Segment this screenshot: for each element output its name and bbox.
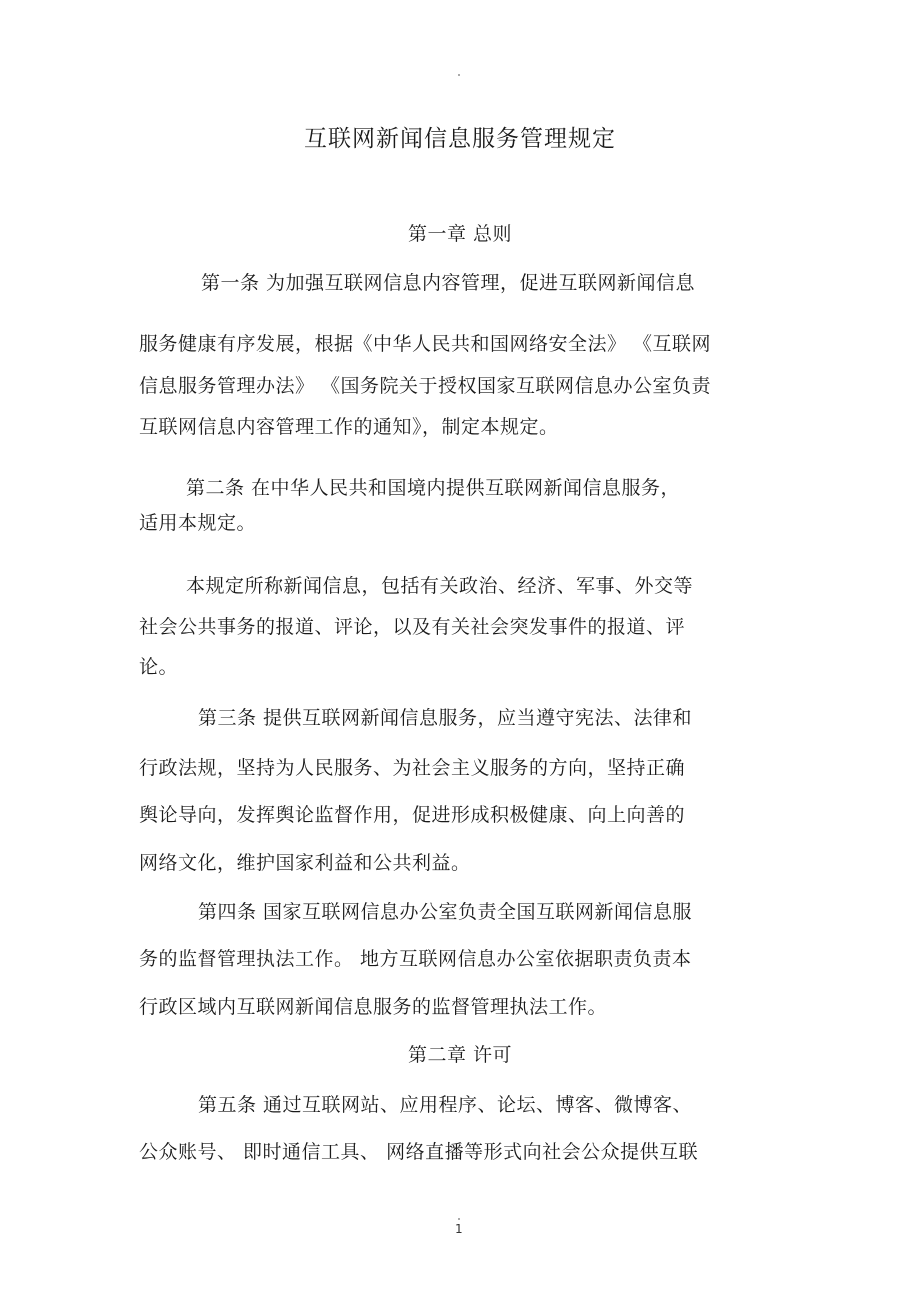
page-number: 1 [455,1222,463,1236]
paragraph-line: 网络文化，维护国家利益和公共利益。 [139,851,471,875]
paragraph-line: 社会公共事务的报道、评论，以及有关社会突发事件的报道、评 [139,615,685,639]
paragraph-line: 第四条 国家互联网信息办公室负责全国互联网新闻信息服 [198,900,692,924]
paragraph-line: 第二条 在中华人民共和国境内提供互联网新闻信息服务， [186,476,680,500]
paragraph-line: 第五条 通过互联网站、应用程序、论坛、博客、微博客、 [198,1093,692,1117]
paragraph-line: 行政法规，坚持为人民服务、为社会主义服务的方向，坚持正确 [139,756,685,780]
page-marker-dot [458,74,460,76]
paragraph-line: 互联网信息内容管理工作的通知》，制定本规定。 [139,415,559,439]
paragraph-line: 论。 [139,655,178,679]
document-page: 互联网新闻信息服务管理规定 第一章 总则 第一条 为加强互联网信息内容管理，促进… [0,0,920,1303]
paragraph-line: 本规定所称新闻信息，包括有关政治、经济、军事、外交等 [186,574,693,598]
page-marker-dot [458,1218,460,1220]
paragraph-line: 适用本规定。 [139,511,256,535]
paragraph-line: 第一条 为加强互联网信息内容管理，促进互联网新闻信息 [201,271,695,295]
paragraph-line: 行政区域内互联网新闻信息服务的监督管理执法工作。 [139,995,607,1019]
chapter-heading: 第一章 总则 [0,222,920,246]
document-title: 互联网新闻信息服务管理规定 [0,124,920,154]
paragraph-line: 信息服务管理办法》 《国务院关于授权国家互联网信息办公室负责 [139,374,711,398]
paragraph-line: 服务健康有序发展，根据《中华人民共和国网络安全法》 《互联网 [139,332,711,356]
paragraph-line: 第三条 提供互联网新闻信息服务，应当遵守宪法、法律和 [198,706,692,730]
paragraph-line: 公众账号、 即时通信工具、 网络直播等形式向社会公众提供互联 [139,1140,698,1164]
chapter-heading: 第二章 许可 [0,1043,920,1067]
paragraph-line: 舆论导向，发挥舆论监督作用，促进形成积极健康、向上向善的 [139,803,685,827]
paragraph-line: 务的监督管理执法工作。 地方互联网信息办公室依据职责负责本 [139,947,692,971]
